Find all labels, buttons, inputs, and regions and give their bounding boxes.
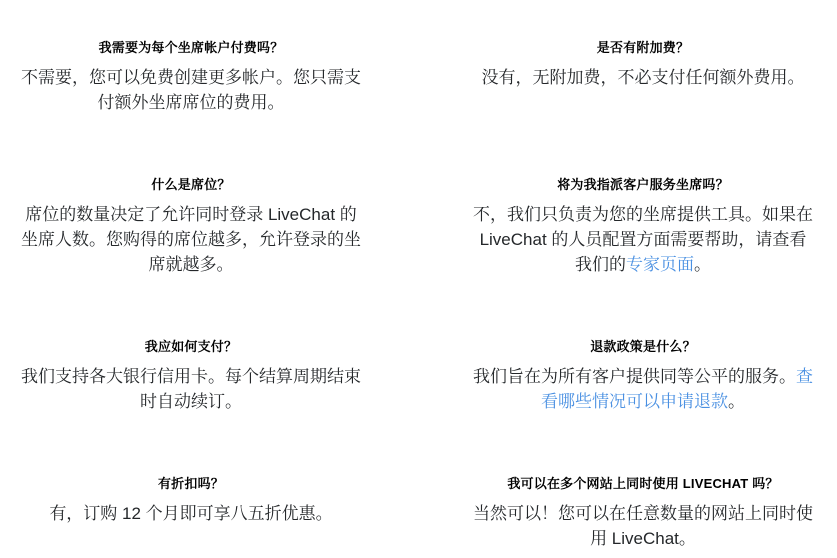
faq-answer: 我们支持各大银行信用卡。每个结算周期结束 时自动续订。 [5, 364, 377, 414]
faq-item: 我需要为每个坐席帐户付费吗？ 不需要，您可以免费创建更多帐户。您只需支 付额外坐… [2, 38, 380, 115]
faq-question: 什么是席位？ [2, 175, 380, 195]
faq-link[interactable]: 专家页面 [626, 255, 694, 274]
faq-item: 退款政策是什么？ 我们旨在为所有客户提供同等公平的服务。查 看哪些情况可以申请退… [454, 337, 832, 414]
faq-answer: 没有，无附加费，不必支付任何额外费用。 [457, 65, 829, 90]
faq-answer: 席位的数量决定了允许同时登录 LiveChat 的 坐席人数。您购得的席位越多，… [5, 202, 377, 277]
faq-question: 退款政策是什么？ [454, 337, 832, 357]
faq-answer: 有，订购 12 个月即可享八五折优惠。 [5, 501, 377, 526]
faq-grid: 我需要为每个坐席帐户付费吗？ 不需要，您可以免费创建更多帐户。您只需支 付额外坐… [0, 0, 837, 551]
faq-answer-text: 我们支持各大银行信用卡。每个结算周期结束 时自动续订。 [21, 367, 361, 411]
faq-answer: 不需要，您可以免费创建更多帐户。您只需支 付额外坐席席位的费用。 [5, 65, 377, 115]
faq-question: 我需要为每个坐席帐户付费吗？ [2, 38, 380, 58]
faq-answer: 我们旨在为所有客户提供同等公平的服务。查 看哪些情况可以申请退款。 [457, 364, 829, 414]
faq-question: 有折扣吗？ [2, 474, 380, 494]
faq-question: 将为我指派客户服务坐席吗？ [454, 175, 832, 195]
faq-item: 将为我指派客户服务坐席吗？ 不，我们只负责为您的坐席提供工具。如果在 LiveC… [454, 175, 832, 277]
faq-item: 我可以在多个网站上同时使用 LIVECHAT 吗？ 当然可以！您可以在任意数量的… [454, 474, 832, 551]
faq-answer-text: 不需要，您可以免费创建更多帐户。您只需支 付额外坐席席位的费用。 [21, 68, 361, 112]
faq-item: 我应如何支付？ 我们支持各大银行信用卡。每个结算周期结束 时自动续订。 [2, 337, 380, 414]
faq-item: 什么是席位？ 席位的数量决定了允许同时登录 LiveChat 的 坐席人数。您购… [2, 175, 380, 277]
faq-answer: 不，我们只负责为您的坐席提供工具。如果在 LiveChat 的人员配置方面需要帮… [457, 202, 829, 277]
faq-answer-text: 我们旨在为所有客户提供同等公平的服务。 [473, 367, 796, 386]
faq-item: 有折扣吗？ 有，订购 12 个月即可享八五折优惠。 [2, 474, 380, 526]
faq-answer-text: 当然可以！您可以在任意数量的网站上同时使 用 LiveChat。 [473, 504, 813, 548]
faq-answer-text: 没有，无附加费，不必支付任何额外费用。 [482, 68, 805, 87]
faq-answer-text: 。 [694, 255, 711, 274]
faq-question: 我可以在多个网站上同时使用 LIVECHAT 吗？ [454, 474, 832, 494]
faq-answer: 当然可以！您可以在任意数量的网站上同时使 用 LiveChat。 [457, 501, 829, 551]
faq-question: 我应如何支付？ [2, 337, 380, 357]
faq-answer-text: 有，订购 12 个月即可享八五折优惠。 [49, 504, 332, 523]
faq-item: 是否有附加费？ 没有，无附加费，不必支付任何额外费用。 [454, 38, 832, 90]
faq-answer-text: 席位的数量决定了允许同时登录 LiveChat 的 坐席人数。您购得的席位越多，… [21, 205, 361, 274]
faq-answer-text: 。 [728, 392, 745, 411]
faq-question: 是否有附加费？ [454, 38, 832, 58]
